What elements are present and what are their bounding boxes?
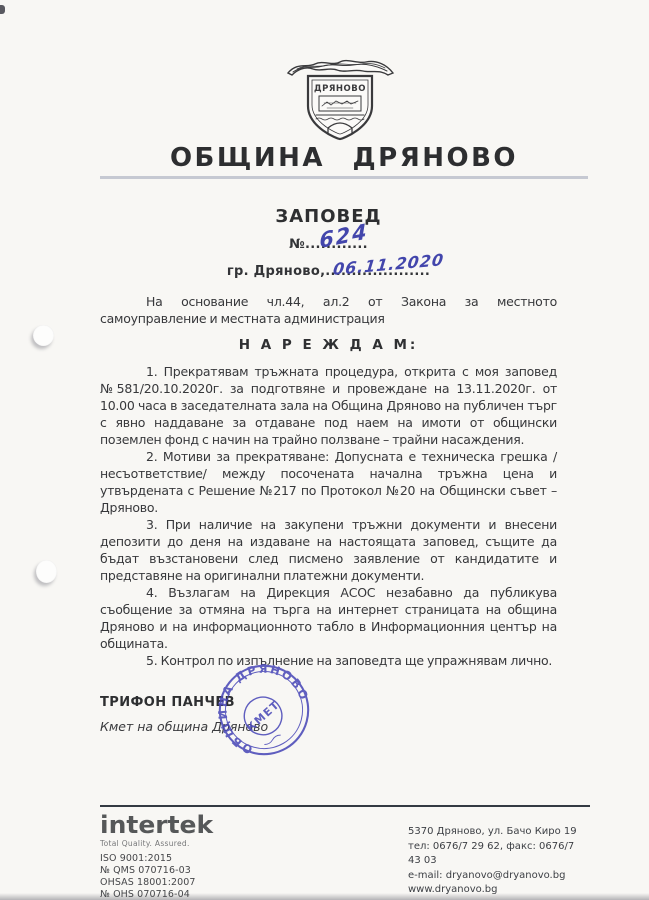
order-item-5: 5. Контрол по изпълнение на заповедта ще… (100, 652, 557, 669)
command-word: Н А Р Е Ж Д А М: (100, 337, 557, 353)
contact-phone-fax: тел: 0676/7 29 62, факс: 0676/7 43 03 (408, 840, 590, 869)
mayor-round-stamp-icon: ОБЩИНА ДРЯНОВО КМЕТ (217, 663, 311, 757)
intertek-tagline: Total Quality. Assured. (100, 839, 330, 848)
letterhead-footer: intertek Total Quality. Assured. ISO 900… (100, 805, 590, 900)
signatory-name: ТРИФОН ПАНЧЕВ (100, 695, 557, 710)
dryanovo-coat-of-arms-icon: ДРЯНОВО (283, 56, 397, 146)
signature-block: ТРИФОН ПАНЧЕВ Кмет на община Дряново ОБЩ… (100, 695, 557, 734)
municipality-title: ОБЩИНА ДРЯНОВО (100, 143, 588, 173)
order-number-line: №............ 624 (100, 237, 557, 252)
certification-lines: ISO 9001:2015 № QMS 070716-03 OHSAS 1800… (100, 853, 330, 900)
footer-divider (100, 805, 590, 807)
cert-line-1: ISO 9001:2015 (100, 853, 330, 865)
order-title: ЗАПОВЕД (100, 206, 557, 227)
order-item-3: 3. При наличие на закупени тръжни докуме… (100, 516, 557, 584)
order-item-1: 1. Прекратявам тръжната процедура, откри… (100, 363, 557, 448)
contact-address: 5370 Дряново, ул. Бачо Киро 19 (408, 825, 590, 840)
scan-corner-mark (0, 5, 5, 14)
punch-hole-bottom (36, 560, 57, 583)
punch-hole-top (33, 325, 54, 346)
cert-line-2: № QMS 070716-03 (100, 865, 330, 877)
order-body: ЗАПОВЕД №............ 624 гр. Дряново,..… (100, 206, 557, 734)
contact-block: 5370 Дряново, ул. Бачо Киро 19 тел: 0676… (408, 812, 590, 898)
cert-line-4: № OHS 070716-04 (100, 889, 330, 900)
contact-email: e-mail: dryanovo@dryanovo.bg (408, 869, 590, 884)
order-number-dots: №............ (289, 237, 368, 252)
header-divider (100, 176, 588, 179)
intertek-logo: intertek (100, 812, 330, 839)
contact-website: www.dryanovo.bg (408, 883, 590, 898)
order-place-date-line: гр. Дряново,.................... 06.11.2… (100, 264, 557, 279)
signatory-role: Кмет на община Дряново (100, 719, 557, 734)
certification-block: intertek Total Quality. Assured. ISO 900… (100, 812, 330, 900)
order-item-2: 2. Мотиви за прекратяване: Допусната е т… (100, 448, 557, 516)
order-items: 1. Прекратявам тръжната процедура, откри… (100, 363, 557, 669)
cert-line-3: OHSAS 18001:2007 (100, 877, 330, 889)
legal-basis-paragraph: На основание чл.44, ал.2 от Закона за ме… (100, 293, 557, 327)
emblem-label: ДРЯНОВО (314, 84, 366, 94)
scanned-document-page: ДРЯНОВО ОБЩИНА ДРЯНОВО ЗАПОВЕД №........… (0, 0, 649, 900)
order-item-4: 4. Възлагам на Дирекция АСОС незабавно д… (100, 584, 557, 652)
order-place-dots: гр. Дряново,.................... (227, 264, 430, 279)
